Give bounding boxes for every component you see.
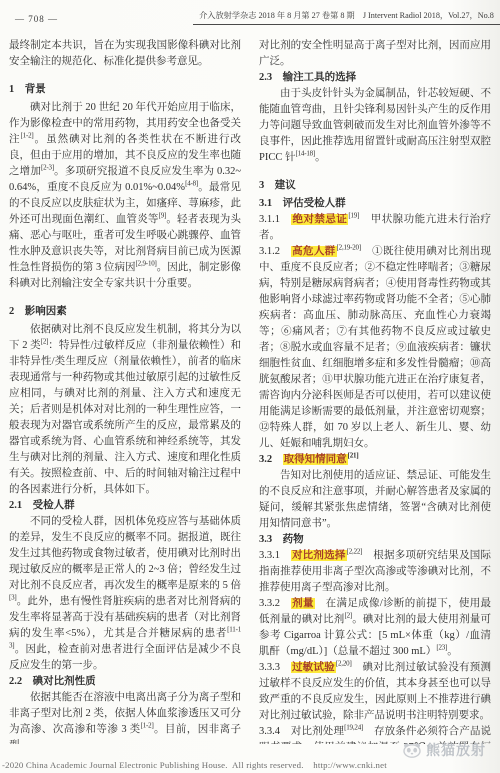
paragraph: 对比剂的安全性明显高于离子型对比剂，因而应用广泛。	[259, 38, 491, 70]
text-run: 3.2	[259, 454, 283, 465]
citation-ref: [19,24]	[344, 724, 363, 732]
text-run: 3.1 评估受检人群	[259, 198, 346, 209]
section-heading: 3 建议	[259, 178, 491, 194]
text-run: 3 建议	[259, 180, 296, 191]
citation-ref: [2,22]	[347, 548, 363, 556]
text-run: 2.3 输注工具的选择	[259, 72, 356, 83]
section-heading: 2.2 碘对比剂性质	[9, 674, 241, 690]
citation-ref: [21]	[348, 452, 359, 460]
text-run: ①既往使用碘对比剂出现中、重度不良反应者；②不稳定性哮喘者；③糖尿病，特别是糖尿…	[259, 246, 491, 449]
highlighted-term: 剂量	[291, 598, 315, 609]
citation-ref: [1-2]	[21, 132, 34, 140]
copyright-footer: -2020 China Academic Journal Electronic …	[2, 760, 500, 770]
highlighted-term: 对比剂选择	[291, 550, 347, 561]
text-run: 告知对比剂使用的适应证、禁忌证、可能发生的不良反应和注意事项，并耐心解答患者及家…	[259, 470, 491, 529]
paragraph: 最终制定本共识，旨在为实现我国影像科碘对比剂安全输注的规范化、标准化提供参考意见…	[9, 38, 241, 70]
highlighted-term: 高危人群	[291, 246, 336, 257]
text-run: 2.1 受检人群	[9, 500, 75, 511]
section-heading: 2.3 输注工具的选择	[259, 70, 491, 86]
left-column: 最终制定本共识，旨在为实现我国影像科碘对比剂安全输注的规范化、标准化提供参考意见…	[9, 38, 241, 744]
text-run: 3.1.2	[259, 246, 291, 257]
highlighted-term: 过敏试验	[291, 662, 336, 673]
text-run: 3.3.1	[259, 550, 291, 561]
text-run: 。	[447, 646, 458, 657]
text-run: 对比剂的安全性明显高于离子型对比剂，因而应用广泛。	[259, 40, 491, 67]
citation-ref: [23]	[436, 644, 447, 652]
page-number: — 708 —	[15, 14, 58, 24]
panda-face-icon	[402, 742, 422, 758]
citation-ref: [2,9-10]	[136, 260, 157, 268]
citation-ref: [2,19-20]	[337, 244, 361, 252]
section-heading: 1 背景	[9, 82, 241, 98]
paragraph: 告知对比剂使用的适应证、禁忌证、可能发生的不良反应和注意事项，并耐心解答患者及家…	[259, 468, 491, 532]
section-heading: 3.2 取得知情同意[21]	[259, 452, 491, 468]
text-run: 不同的受检人群，因机体免疫应答与基础体质的差异，发生不良反应的概率不同。据报道，…	[9, 516, 241, 591]
text-run: 由于头皮针针头为金属制品，针芯较短硬、不能随血管弯曲，且针尖锋利易因针头产生的反…	[259, 88, 491, 163]
paragraph: 依据其能否在溶液中电离出离子分为离子型和非离子型对比剂 2 类，依据人体血浆渗透…	[9, 690, 241, 744]
text-run: 3.3.4 对比剂处理	[259, 726, 344, 737]
watermark-text: 熊猫放射	[426, 740, 486, 760]
citation-ref: [1-2]	[141, 722, 154, 730]
paragraph: 由于头皮针针头为金属制品，针芯较短硬、不能随血管弯曲，且针尖锋利易因针头产生的反…	[259, 86, 491, 166]
paragraph: 不同的受检人群，因机体免疫应答与基础体质的差异，发生不良反应的概率不同。据报道，…	[9, 514, 241, 674]
text-run: 3.3 药物	[259, 534, 304, 545]
right-column: 对比剂的安全性明显高于离子型对比剂，因而应用广泛。2.3 输注工具的选择由于头皮…	[259, 38, 491, 744]
section-heading: 3.1 评估受检人群	[259, 196, 491, 212]
text-run: 。	[315, 152, 326, 163]
text-run: 3.3.2	[259, 598, 291, 609]
section-heading: 3.3 药物	[259, 532, 491, 548]
text-run: 3.3.3	[259, 662, 291, 673]
citation-ref: [4-8]	[185, 180, 198, 188]
citation-ref: [19]	[348, 212, 359, 220]
citation-ref: [14-18]	[295, 150, 315, 158]
section-heading: 2.1 受检人群	[9, 498, 241, 514]
text-run: ：特异性/过敏样反应（非剂量依赖性）和非特异性/类生理反应（剂量依赖性），前者的…	[9, 340, 241, 495]
text-run: 2 影响因素	[9, 306, 67, 317]
paragraph: 3.1.1 绝对禁忌证[19] 甲状腺功能亢进未行治疗者。	[259, 212, 491, 244]
article-body: 最终制定本共识，旨在为实现我国影像科碘对比剂安全输注的规范化、标准化提供参考意见…	[0, 30, 500, 744]
paragraph: 依据碘对比剂不良反应发生机制，将其分为以下 2 类[2]：特异性/过敏样反应（非…	[9, 322, 241, 498]
paragraph: 3.3.3 过敏试验[2,20] 碘对比剂过敏试验没有预测过敏样不良反应发生的价…	[259, 660, 491, 724]
paragraph: 3.1.2 高危人群[2,19-20] ①既往使用碘对比剂出现中、重度不良反应者…	[259, 244, 491, 452]
citation-ref: [3]	[9, 594, 17, 602]
paragraph: 3.3.1 对比剂选择[2,22] 根据多项研究结果及国际指南推荐使用非离子型次…	[259, 548, 491, 596]
highlighted-term: 绝对禁忌证	[291, 214, 348, 225]
citation-ref: [2-3]	[41, 164, 54, 172]
watermark: 熊猫放射	[402, 740, 486, 760]
highlighted-term: 取得知情同意	[283, 454, 348, 465]
text-run: 1 背景	[9, 84, 46, 95]
citation-ref: [2,20]	[336, 660, 352, 668]
page-header: — 708 — 介入放射学杂志 2018 年 8 月第 27 卷第 8 期 J …	[0, 0, 500, 30]
journal-page: — 708 — 介入放射学杂志 2018 年 8 月第 27 卷第 8 期 J …	[0, 0, 500, 744]
paragraph: 碘对比剂于 20 世纪 20 年代开始应用于临床，作为影像检查中的常用药物，其用…	[9, 100, 241, 292]
journal-citation: 介入放射学杂志 2018 年 8 月第 27 卷第 8 期 J Interven…	[193, 10, 500, 25]
citation-ref: [2]	[345, 612, 353, 620]
text-run: 3.1.1	[259, 214, 291, 225]
text-run: 最终制定本共识，旨在为实现我国影像科碘对比剂安全输注的规范化、标准化提供参考意见…	[9, 40, 241, 67]
paragraph: 3.3.2 剂量 在满足成像/诊断的前提下，使用最低剂量的碘对比剂[2]。碘对比…	[259, 596, 491, 660]
text-run: 2.2 碘对比剂性质	[9, 676, 96, 687]
section-heading: 2 影响因素	[9, 304, 241, 320]
text-run: 。因此，检查前对患者进行全面评估是减少不良反应发生的第一步。	[9, 644, 241, 671]
text-run: 。此外，患有慢性肾脏疾病的患者对比剂肾病的发生率将显著高于没有基础疾病的患者（对…	[9, 596, 241, 639]
